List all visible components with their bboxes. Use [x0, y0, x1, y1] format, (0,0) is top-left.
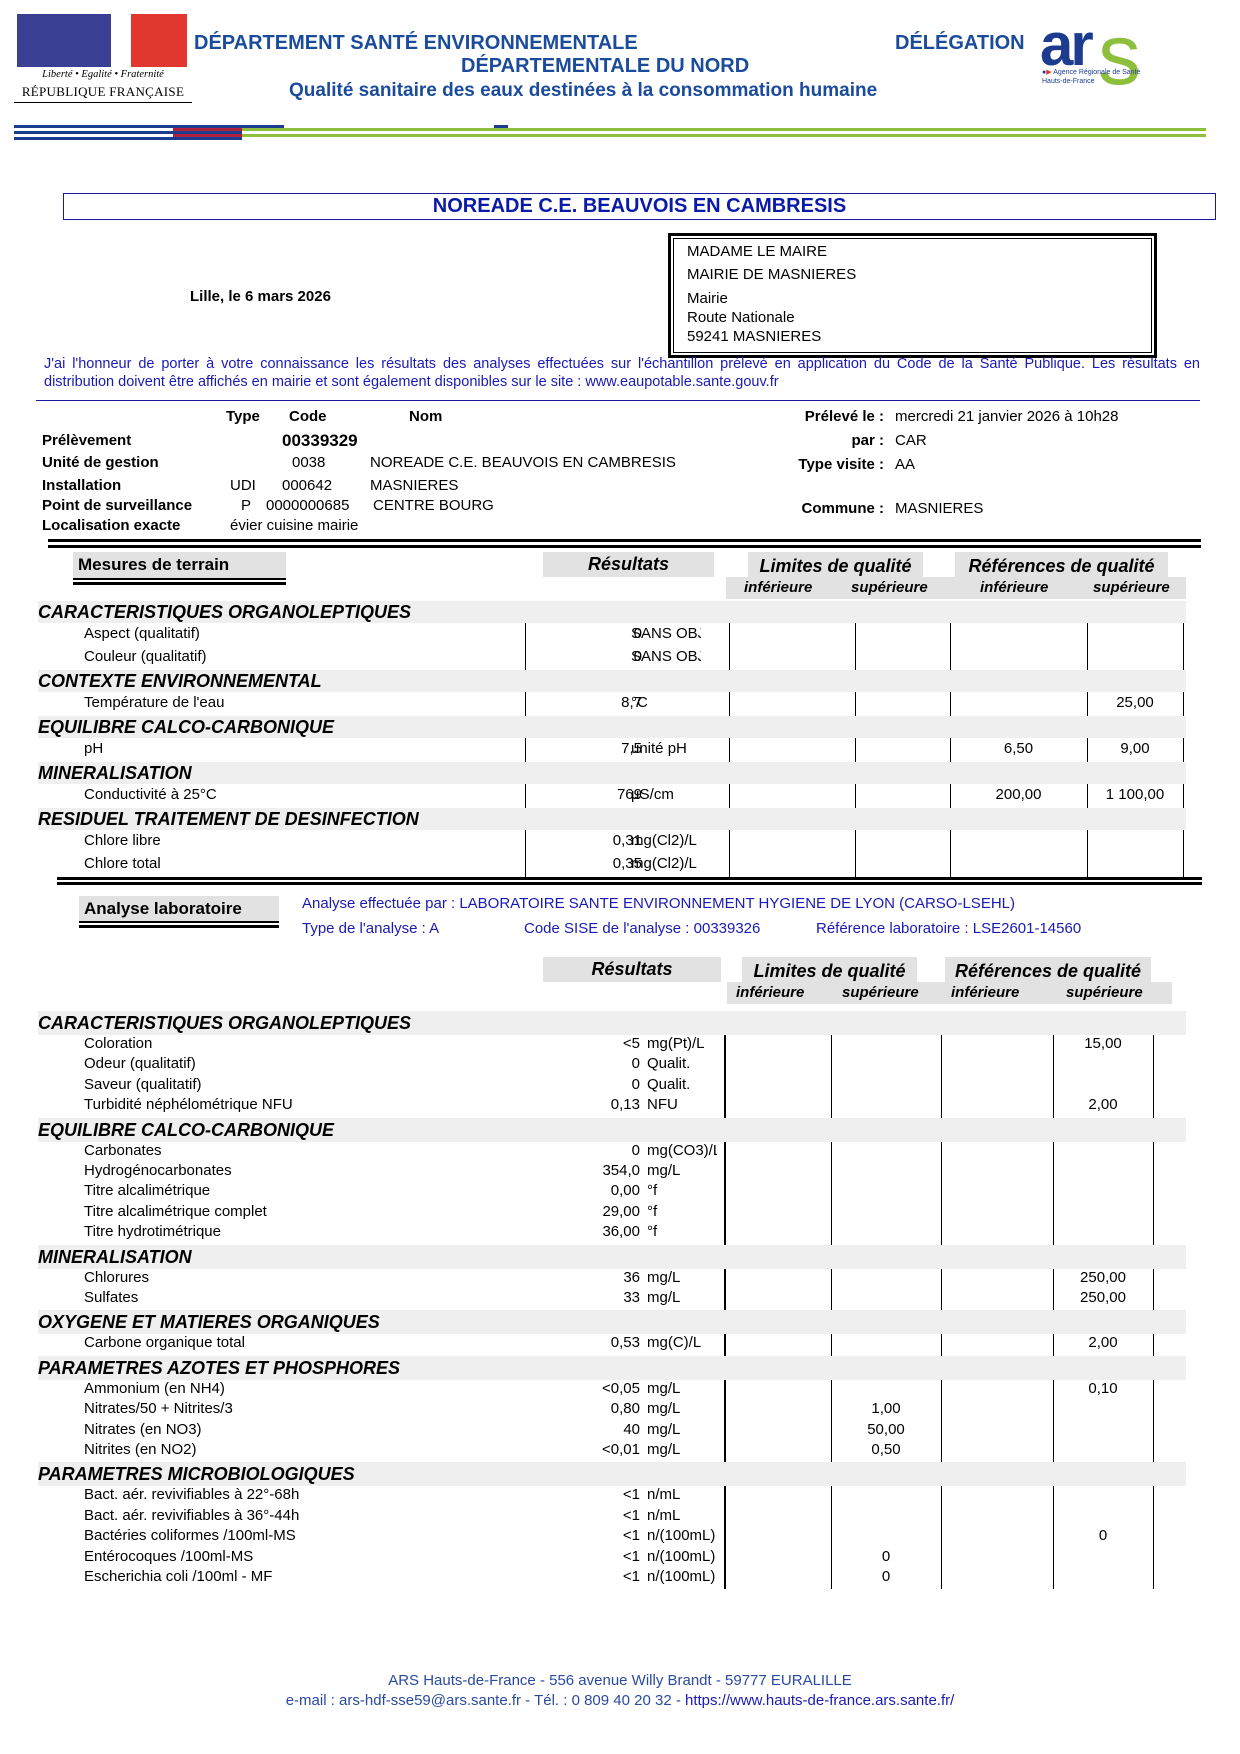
parameter-name: Carbonates	[84, 1142, 162, 1159]
info-code-unite-gestion: 0038	[292, 454, 325, 471]
parameter-unit: mg/L	[647, 1400, 717, 1417]
parameter-result: 769	[560, 786, 642, 803]
info-value-type-visite: AA	[895, 456, 915, 473]
column-separator	[855, 738, 856, 762]
parameter-group-header: MINERALISATION	[38, 1245, 1186, 1269]
parameter-name: Nitrates/50 + Nitrites/3	[84, 1400, 233, 1417]
col-header-limits: Limites de qualité	[748, 552, 923, 577]
parameter-result: <5	[560, 1035, 640, 1052]
sub-header-lim-inf: inférieure	[744, 579, 812, 596]
parameter-unit: mg/L	[647, 1421, 717, 1438]
underline	[73, 582, 286, 585]
info-value-commune: MASNIERES	[895, 500, 983, 517]
footer-address: ARS Hauts-de-France - 556 avenue Willy B…	[0, 1672, 1240, 1689]
reference-superior: 9,00	[1087, 740, 1183, 757]
parameter-unit: n/mL	[647, 1507, 717, 1524]
ars-logo: ar s ●▶ Agence Régionale de Santé Hauts-…	[1040, 26, 1180, 102]
parameter-result: <0,01	[560, 1441, 640, 1458]
parameter-unit: mg/L	[647, 1441, 717, 1458]
parameter-unit: °f	[647, 1203, 717, 1220]
column-separator	[1053, 1486, 1054, 1589]
reference-superior: 250,00	[1053, 1269, 1153, 1286]
republique-francaise-logo: Liberté • Egalité • Fraternité RÉPUBLIQU…	[14, 14, 192, 102]
parameter-result: <1	[560, 1568, 640, 1585]
parameter-unit: °C	[631, 694, 701, 711]
info-type-installation: UDI	[230, 477, 256, 494]
parameter-result: 354,0	[560, 1162, 640, 1179]
reference-superior: 0	[1053, 1527, 1153, 1544]
parameter-name: Chlore libre	[84, 832, 161, 849]
column-separator	[941, 1486, 942, 1589]
column-separator	[1153, 1035, 1154, 1118]
parameter-name: Ammonium (en NH4)	[84, 1380, 225, 1397]
col-header-code: Code	[289, 408, 327, 425]
column-separator	[950, 830, 951, 877]
section-divider	[57, 882, 1202, 885]
parameter-name: Bact. aér. revivifiables à 36°-44h	[84, 1507, 299, 1524]
lab-sise-code: Code SISE de l'analyse : 00339326	[524, 920, 760, 937]
column-separator	[855, 784, 856, 808]
section-divider	[48, 539, 1201, 542]
parameter-result: 36	[560, 1269, 640, 1286]
parameter-unit: mg(Cl2)/L	[631, 855, 701, 872]
parameter-name: Coloration	[84, 1035, 152, 1052]
column-separator	[831, 1486, 832, 1589]
column-separator	[729, 784, 730, 808]
parameter-result: 8,7	[560, 694, 642, 711]
column-separator	[729, 692, 730, 716]
column-separator	[729, 623, 730, 670]
limit-superior: 0	[831, 1548, 941, 1565]
parameter-unit: °f	[647, 1182, 717, 1199]
recipient-line: MADAME LE MAIRE	[687, 243, 827, 260]
reference-superior: 0,10	[1053, 1380, 1153, 1397]
column-separator	[941, 1380, 942, 1463]
parameter-result: <1	[560, 1527, 640, 1544]
column-separator	[729, 738, 730, 762]
col-header-limits: Limites de qualité	[742, 957, 917, 982]
column-separator	[941, 1142, 942, 1245]
parameter-name: Nitrates (en NO3)	[84, 1421, 202, 1438]
divider	[36, 400, 1200, 401]
parameter-unit: mg(Cl2)/L	[631, 832, 701, 849]
parameter-result: 7,5	[560, 740, 642, 757]
parameter-name: Entérocoques /100ml-MS	[84, 1548, 253, 1565]
column-separator	[1087, 692, 1088, 716]
parameter-unit: n/mL	[647, 1486, 717, 1503]
col-header-results: Résultats	[543, 957, 721, 982]
parameter-unit: mg(C)/L	[647, 1334, 717, 1351]
parameter-unit: mg/L	[647, 1380, 717, 1397]
sub-header-ref-inf: inférieure	[951, 984, 1019, 1001]
col-header-results: Résultats	[543, 552, 714, 577]
recipient-line: MAIRIE DE MASNIERES	[687, 266, 856, 283]
parameter-result: 0,13	[560, 1096, 640, 1113]
parameter-unit: unité pH	[631, 740, 701, 757]
info-label-installation: Installation	[42, 477, 121, 494]
parameter-result: 29,00	[560, 1203, 640, 1220]
column-separator	[525, 784, 526, 808]
column-separator	[1053, 1142, 1054, 1245]
column-separator	[941, 1035, 942, 1118]
column-separator	[525, 623, 526, 670]
column-separator	[1183, 692, 1184, 716]
parameter-unit: °f	[647, 1223, 717, 1240]
column-separator	[725, 1334, 726, 1355]
reference-superior: 1 100,00	[1087, 786, 1183, 803]
parameter-unit: mg/L	[647, 1269, 717, 1286]
limit-superior: 0,50	[831, 1441, 941, 1458]
column-separator	[1053, 1269, 1054, 1311]
parameter-result: 0,00	[560, 1182, 640, 1199]
reference-superior: 15,00	[1053, 1035, 1153, 1052]
column-separator	[1183, 830, 1184, 877]
parameter-result: 0,53	[560, 1334, 640, 1351]
lab-reference: Référence laboratoire : LSE2601-14560	[816, 920, 1081, 937]
parameter-result: 0	[560, 648, 642, 665]
sub-header-ref-sup: supérieure	[1093, 579, 1170, 596]
info-value-preleve-le: mercredi 21 janvier 2026 à 10h28	[895, 408, 1118, 425]
parameter-result: 0	[560, 1055, 640, 1072]
parameter-unit: mg/L	[647, 1162, 717, 1179]
col-header-references: Références de qualité	[955, 552, 1168, 577]
parameter-name: pH	[84, 740, 103, 757]
reference-inferior: 6,50	[950, 740, 1087, 757]
parameter-unit: n/(100mL)	[647, 1548, 717, 1565]
header-delegation: DÉLÉGATION	[895, 32, 1025, 55]
column-separator	[1153, 1380, 1154, 1463]
parameter-result: 0,35	[560, 855, 642, 872]
reference-superior: 2,00	[1053, 1096, 1153, 1113]
lab-analysis-type: Type de l'analyse : A	[302, 920, 439, 937]
parameter-group-header: CARACTERISTIQUES ORGANOLEPTIQUES	[38, 1011, 1186, 1035]
column-separator	[1153, 1269, 1154, 1311]
underline	[73, 578, 286, 580]
marianne-flag-icon	[17, 14, 187, 67]
column-separator	[729, 830, 730, 877]
info-label-point-surveillance: Point de surveillance	[42, 497, 192, 514]
parameter-unit: mg/L	[647, 1289, 717, 1306]
letter-date: Lille, le 6 mars 2026	[190, 288, 331, 305]
col-header-type: Type	[226, 408, 260, 425]
section-title-lab: Analyse laboratoire	[79, 896, 279, 921]
header-line3: Qualité sanitaire des eaux destinées à l…	[289, 80, 877, 102]
section-divider	[57, 877, 1202, 880]
footer-contact: e-mail : ars-hdf-sse59@ars.sante.fr - Té…	[0, 1692, 1240, 1709]
info-label-prelevement: Prélèvement	[42, 432, 131, 449]
col-header-nom: Nom	[409, 408, 442, 425]
reference-superior: 250,00	[1053, 1289, 1153, 1306]
parameter-unit: mg(Pt)/L	[647, 1035, 717, 1052]
info-label-commune: Commune :	[700, 500, 884, 517]
ars-logo-s: s	[1098, 6, 1141, 105]
sub-header-lim-inf: inférieure	[736, 984, 804, 1001]
column-separator	[525, 692, 526, 716]
parameter-result: 33	[560, 1289, 640, 1306]
parameter-group-header: PARAMETRES MICROBIOLOGIQUES	[38, 1462, 1186, 1486]
col-header-references: Références de qualité	[945, 957, 1151, 982]
recipient-line: Mairie	[687, 290, 728, 307]
column-separator	[1087, 830, 1088, 877]
limit-superior: 1,00	[831, 1400, 941, 1417]
parameter-group-header: RESIDUEL TRAITEMENT DE DESINFECTION	[38, 808, 1186, 830]
reference-superior: 25,00	[1087, 694, 1183, 711]
parameter-result: 40	[560, 1421, 640, 1438]
parameter-unit: n/(100mL)	[647, 1527, 717, 1544]
info-value-localisation: évier cuisine mairie	[230, 517, 358, 534]
column-separator	[1183, 738, 1184, 762]
parameter-unit: mg(CO3)/L	[647, 1142, 717, 1159]
parameter-result: 0	[560, 1142, 640, 1159]
parameter-name: Odeur (qualitatif)	[84, 1055, 196, 1072]
section-divider	[48, 545, 1201, 548]
parameter-result: <0,05	[560, 1380, 640, 1397]
rf-motto: Liberté • Egalité • Fraternité	[14, 69, 192, 80]
info-label-par: par :	[700, 432, 884, 449]
parameter-name: Titre alcalimétrique	[84, 1182, 210, 1199]
parameter-result: <1	[560, 1548, 640, 1565]
column-separator	[1087, 738, 1088, 762]
footer-website-link[interactable]: https://www.hauts-de-france.ars.sante.fr…	[685, 1692, 954, 1709]
parameter-name: Saveur (qualitatif)	[84, 1076, 202, 1093]
info-type-point-surveillance: P	[241, 497, 251, 514]
header-line2: DÉPARTEMENTALE DU NORD	[461, 55, 749, 78]
parameter-name: Bact. aér. revivifiables à 22°-68h	[84, 1486, 299, 1503]
parameter-result: <1	[560, 1507, 640, 1524]
info-code-installation: 000642	[282, 477, 332, 494]
column-separator	[1053, 1035, 1054, 1118]
sub-header-ref-inf: inférieure	[980, 579, 1048, 596]
parameter-name: Conductivité à 25°C	[84, 786, 217, 803]
parameter-name: Aspect (qualitatif)	[84, 625, 200, 642]
column-separator	[950, 692, 951, 716]
parameter-result: 0	[560, 1076, 640, 1093]
info-code-prelevement: 00339329	[282, 431, 358, 451]
footer-contact-text: e-mail : ars-hdf-sse59@ars.sante.fr - Té…	[286, 1692, 685, 1709]
column-separator	[1153, 1334, 1154, 1355]
parameter-unit: SANS OBJET	[631, 625, 701, 642]
sub-header-lim-sup: supérieure	[842, 984, 919, 1001]
column-separator	[855, 830, 856, 877]
column-separator	[725, 1486, 726, 1589]
parameter-unit: Qualit.	[647, 1076, 717, 1093]
column-separator	[950, 738, 951, 762]
column-separator	[855, 623, 856, 670]
info-label-preleve-le: Prélevé le :	[700, 408, 884, 425]
column-separator	[950, 623, 951, 670]
parameter-group-header: OXYGENE ET MATIERES ORGANIQUES	[38, 1310, 1186, 1334]
info-nom-point-surveillance: CENTRE BOURG	[373, 497, 494, 514]
column-separator	[1153, 1142, 1154, 1245]
parameter-name: Carbone organique total	[84, 1334, 245, 1351]
column-separator	[1087, 784, 1088, 808]
limit-superior: 50,00	[831, 1421, 941, 1438]
column-separator	[1183, 623, 1184, 670]
column-separator	[725, 1269, 726, 1311]
column-separator	[941, 1269, 942, 1311]
parameter-name: Chlorures	[84, 1269, 149, 1286]
parameter-unit: NFU	[647, 1096, 717, 1113]
parameter-group-header: EQUILIBRE CALCO-CARBONIQUE	[38, 1118, 1186, 1142]
parameter-unit: µS/cm	[631, 786, 701, 803]
column-separator	[525, 830, 526, 877]
column-separator	[950, 784, 951, 808]
parameter-name: Sulfates	[84, 1289, 138, 1306]
column-separator	[941, 1334, 942, 1355]
sub-header-lim-sup: supérieure	[851, 579, 928, 596]
parameter-group-header: PARAMETRES AZOTES ET PHOSPHORES	[38, 1356, 1186, 1380]
reference-inferior: 200,00	[950, 786, 1087, 803]
info-value-par: CAR	[895, 432, 927, 449]
parameter-name: Chlore total	[84, 855, 161, 872]
info-code-point-surveillance: 0000000685	[266, 497, 349, 514]
column-separator	[1053, 1334, 1054, 1355]
info-nom-installation: MASNIERES	[370, 477, 458, 494]
parameter-name: Titre hydrotimétrique	[84, 1223, 221, 1240]
parameter-name: Hydrogénocarbonates	[84, 1162, 232, 1179]
parameter-unit: n/(100mL)	[647, 1568, 717, 1585]
ars-logo-text: ●▶ Agence Régionale de Santé Hauts-de-Fr…	[1042, 68, 1140, 86]
parameter-result: 0	[560, 625, 642, 642]
info-label-type-visite: Type visite :	[700, 456, 884, 473]
recipient-line: 59241 MASNIERES	[687, 328, 821, 345]
column-separator	[725, 1035, 726, 1118]
parameter-name: Nitrites (en NO2)	[84, 1441, 197, 1458]
parameter-name: Bactéries coliformes /100ml-MS	[84, 1527, 296, 1544]
column-separator	[831, 1035, 832, 1118]
parameter-group-header: EQUILIBRE CALCO-CARBONIQUE	[38, 716, 1186, 738]
recipient-address-box: MADAME LE MAIRE MAIRIE DE MASNIERES Mair…	[670, 235, 1155, 356]
parameter-result: <1	[560, 1486, 640, 1503]
section-title-terrain: Mesures de terrain	[73, 552, 286, 578]
reference-superior: 2,00	[1053, 1334, 1153, 1351]
parameter-group-header: CONTEXTE ENVIRONNEMENTAL	[38, 670, 1186, 692]
parameter-name: Escherichia coli /100ml - MF	[84, 1568, 272, 1585]
column-separator	[831, 1142, 832, 1245]
column-separator	[1053, 1380, 1054, 1463]
document-title: NOREADE C.E. BEAUVOIS EN CAMBRESIS	[63, 193, 1216, 220]
parameter-group-header: CARACTERISTIQUES ORGANOLEPTIQUES	[38, 601, 1186, 623]
column-separator	[525, 738, 526, 762]
parameter-name: Température de l'eau	[84, 694, 224, 711]
column-separator	[831, 1334, 832, 1355]
column-separator	[855, 692, 856, 716]
parameter-name: Couleur (qualitatif)	[84, 648, 207, 665]
intro-paragraph: J'ai l'honneur de porter à votre connais…	[44, 355, 1200, 391]
rf-name: RÉPUBLIQUE FRANÇAISE	[14, 84, 192, 103]
underline	[79, 921, 279, 923]
parameter-name: Titre alcalimétrique complet	[84, 1203, 267, 1220]
lab-performed-by: Analyse effectuée par : LABORATOIRE SANT…	[302, 895, 1015, 912]
info-label-localisation: Localisation exacte	[42, 517, 180, 534]
parameter-group-header: MINERALISATION	[38, 762, 1186, 784]
parameter-result: 36,00	[560, 1223, 640, 1240]
parameter-unit: SANS OBJET	[631, 648, 701, 665]
column-separator	[725, 1142, 726, 1245]
column-separator	[725, 1380, 726, 1463]
column-separator	[831, 1269, 832, 1311]
header-line1: DÉPARTEMENT SANTÉ ENVIRONNEMENTALE	[194, 32, 638, 55]
parameter-result: 0,31	[560, 832, 642, 849]
sub-header-ref-sup: supérieure	[1066, 984, 1143, 1001]
parameter-name: Turbidité néphélométrique NFU	[84, 1096, 293, 1113]
limit-superior: 0	[831, 1568, 941, 1585]
column-separator	[831, 1380, 832, 1463]
parameter-unit: Qualit.	[647, 1055, 717, 1072]
info-nom-unite-gestion: NOREADE C.E. BEAUVOIS EN CAMBRESIS	[370, 454, 676, 471]
column-separator	[1087, 623, 1088, 670]
column-separator	[1153, 1486, 1154, 1589]
info-label-unite-gestion: Unité de gestion	[42, 454, 159, 471]
underline	[79, 925, 279, 928]
parameter-result: 0,80	[560, 1400, 640, 1417]
recipient-line: Route Nationale	[687, 309, 795, 326]
column-separator	[1183, 784, 1184, 808]
